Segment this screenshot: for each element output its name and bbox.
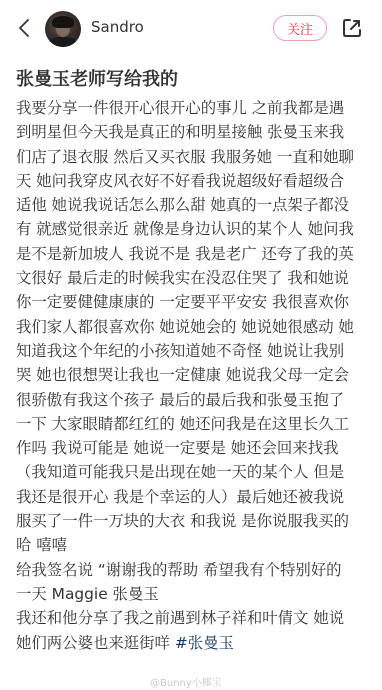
body-line-last: 她们两公婆也来逛街咩 #张曼玉 <box>16 631 368 655</box>
back-button[interactable] <box>14 16 34 40</box>
body-line: 哈 嘻嘻 <box>16 533 368 557</box>
watermark: @Bunny小椰宝 <box>150 674 222 689</box>
body-line: 文很好 最后走的时候我实在没忍住哭了 我和她说 <box>16 266 368 290</box>
hashtag-link[interactable]: #张曼玉 <box>175 634 234 652</box>
body-line: 很骄傲有我这个孩子 最后的最后我和张曼玉抱了 <box>16 388 368 412</box>
body-line: 服买了一件一万块的大衣 和我说 是你说服我买的 <box>16 509 368 533</box>
follow-button[interactable]: 关注 <box>273 15 327 41</box>
body-line: 作吗 我说可能是 她说一定要是 她还会回来找我 <box>16 436 368 460</box>
body-line: 你一定要健健康康的 一定要平平安安 我很喜欢你 <box>16 290 368 314</box>
body-line: 我还和他分享了我之前遇到林子祥和叶倩文 她说 <box>16 606 368 630</box>
body-line: 有 就感觉很亲近 就像是身边认识的某个人 她问我 <box>16 217 368 241</box>
post-title: 张曼玉老师写给我的 <box>16 65 178 91</box>
body-line: 给我签名说 “谢谢我的帮助 希望我有个特别好的 <box>16 558 368 582</box>
body-line: 适他 她说我说话怎么那么甜 她真的一点架子都没 <box>16 193 368 217</box>
body-line: 我要分享一件很开心很开心的事儿 之前我都是遇 <box>16 96 368 120</box>
body-text: 她们两公婆也来逛街咩 <box>16 634 175 652</box>
body-line: 知道我这个年纪的小孩知道她不奇怪 她说让我别 <box>16 339 368 363</box>
body-line: 到明星但今天我是真正的和明星接触 张曼玉来我 <box>16 120 368 144</box>
body-line: 天 她问我穿皮风衣好不好看我说超级好看超级合 <box>16 169 368 193</box>
body-line: 一下 大家眼睛都红红的 她还问我是在这里长久工 <box>16 412 368 436</box>
body-line: （我知道可能我只是出现在她一天的某个人 但是 <box>16 460 368 484</box>
username[interactable]: Sandro <box>91 18 144 36</box>
share-external-icon <box>341 17 363 39</box>
post-body: 我要分享一件很开心很开心的事儿 之前我都是遇 到明星但今天我是真正的和明星接触 … <box>16 96 368 655</box>
chevron-left-icon <box>18 18 30 38</box>
body-line: 我们家人都很喜欢你 她说她会的 她说她很感动 她 <box>16 315 368 339</box>
body-line: 们店了退衣服 然后又买衣服 我服务她 一直和她聊 <box>16 145 368 169</box>
share-button[interactable] <box>341 17 363 39</box>
body-line: 是不是新加坡人 我说不是 我是老广 还夸了我的英 <box>16 242 368 266</box>
post-header: Sandro 关注 <box>0 0 382 60</box>
body-line: 哭 她也很想哭让我也一定健康 她说我父母一定会 <box>16 363 368 387</box>
body-line: 一天 Maggie 张曼玉 <box>16 582 368 606</box>
avatar[interactable] <box>45 11 81 47</box>
body-line: 我还是很开心 我是个幸运的人）最后她还被我说 <box>16 485 368 509</box>
